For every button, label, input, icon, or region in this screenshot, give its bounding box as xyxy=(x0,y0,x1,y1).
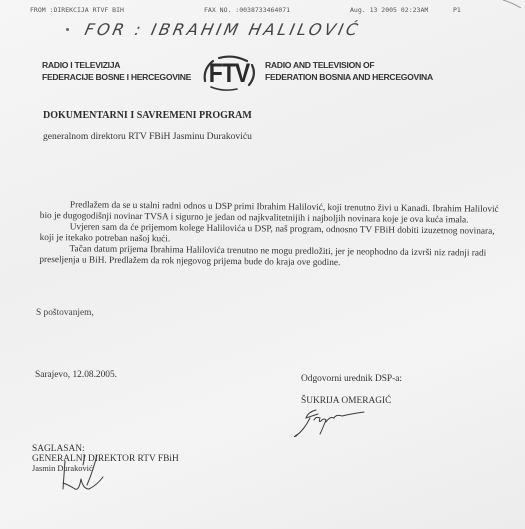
approval-label: SAGLASAN: xyxy=(32,444,179,454)
fax-number: FAX NO. :0038733464071 xyxy=(204,6,290,14)
fax-from: FROM :DIREKCIJA RTVF BIH xyxy=(30,6,124,14)
handwritten-recipient-note: FOR : IBRAHIM HALILOVIĆ xyxy=(83,20,362,39)
body-paragraph: Tačan datum prijema Ibrahima Halilovića … xyxy=(39,244,509,271)
director-signature-icon xyxy=(45,455,125,503)
department-heading: DOKUMENTARNI I SAVREMENI PROGRAM xyxy=(43,110,252,121)
letterhead-right-line2: FEDERATION BOSNIA AND HERCEGOVINA xyxy=(265,71,433,83)
fax-transmission-header: FROM :DIREKCIJA RTVF BIH FAX NO. :003873… xyxy=(0,6,525,18)
fax-page-number: P1 xyxy=(453,6,461,14)
ftv-logo: FTV xyxy=(199,55,259,91)
letterhead-english-name: RADIO AND TELEVISION OF FEDERATION BOSNI… xyxy=(265,59,433,83)
letterhead-left-line1: RADIO I TELEVIZIJA xyxy=(42,59,191,71)
fax-timestamp: Aug. 13 2005 02:23AM xyxy=(350,6,428,14)
editor-name: ŠUKRIJA OMERAGIĆ xyxy=(301,396,391,406)
letter-body: Predlažem da se u stalni radni odnos u D… xyxy=(39,200,510,271)
addressee-line: generalnom direktoru RTV FBiH Jasminu Du… xyxy=(43,131,252,142)
editor-signature-icon xyxy=(290,408,370,444)
letterhead-left-line2: FEDERACIJE BOSNE I HERCEGOVINE xyxy=(42,71,191,83)
fax-document-page: FROM :DIREKCIJA RTVF BIH FAX NO. :003873… xyxy=(0,0,525,529)
logo-text: FTV xyxy=(199,58,259,89)
closing-salutation: S poštovanjem, xyxy=(36,308,94,318)
ink-dot xyxy=(66,28,69,31)
letterhead-right-line1: RADIO AND TELEVISION OF xyxy=(265,59,433,71)
letterhead-local-name: RADIO I TELEVIZIJA FEDERACIJE BOSNE I HE… xyxy=(42,59,191,83)
editor-title: Odgovorni urednik DSP-a: xyxy=(301,374,402,384)
letterhead: RADIO I TELEVIZIJA FEDERACIJE BOSNE I HE… xyxy=(0,55,525,95)
place-and-date: Sarajevo, 12.08.2005. xyxy=(35,370,117,380)
paper-corner-mark xyxy=(501,0,521,8)
